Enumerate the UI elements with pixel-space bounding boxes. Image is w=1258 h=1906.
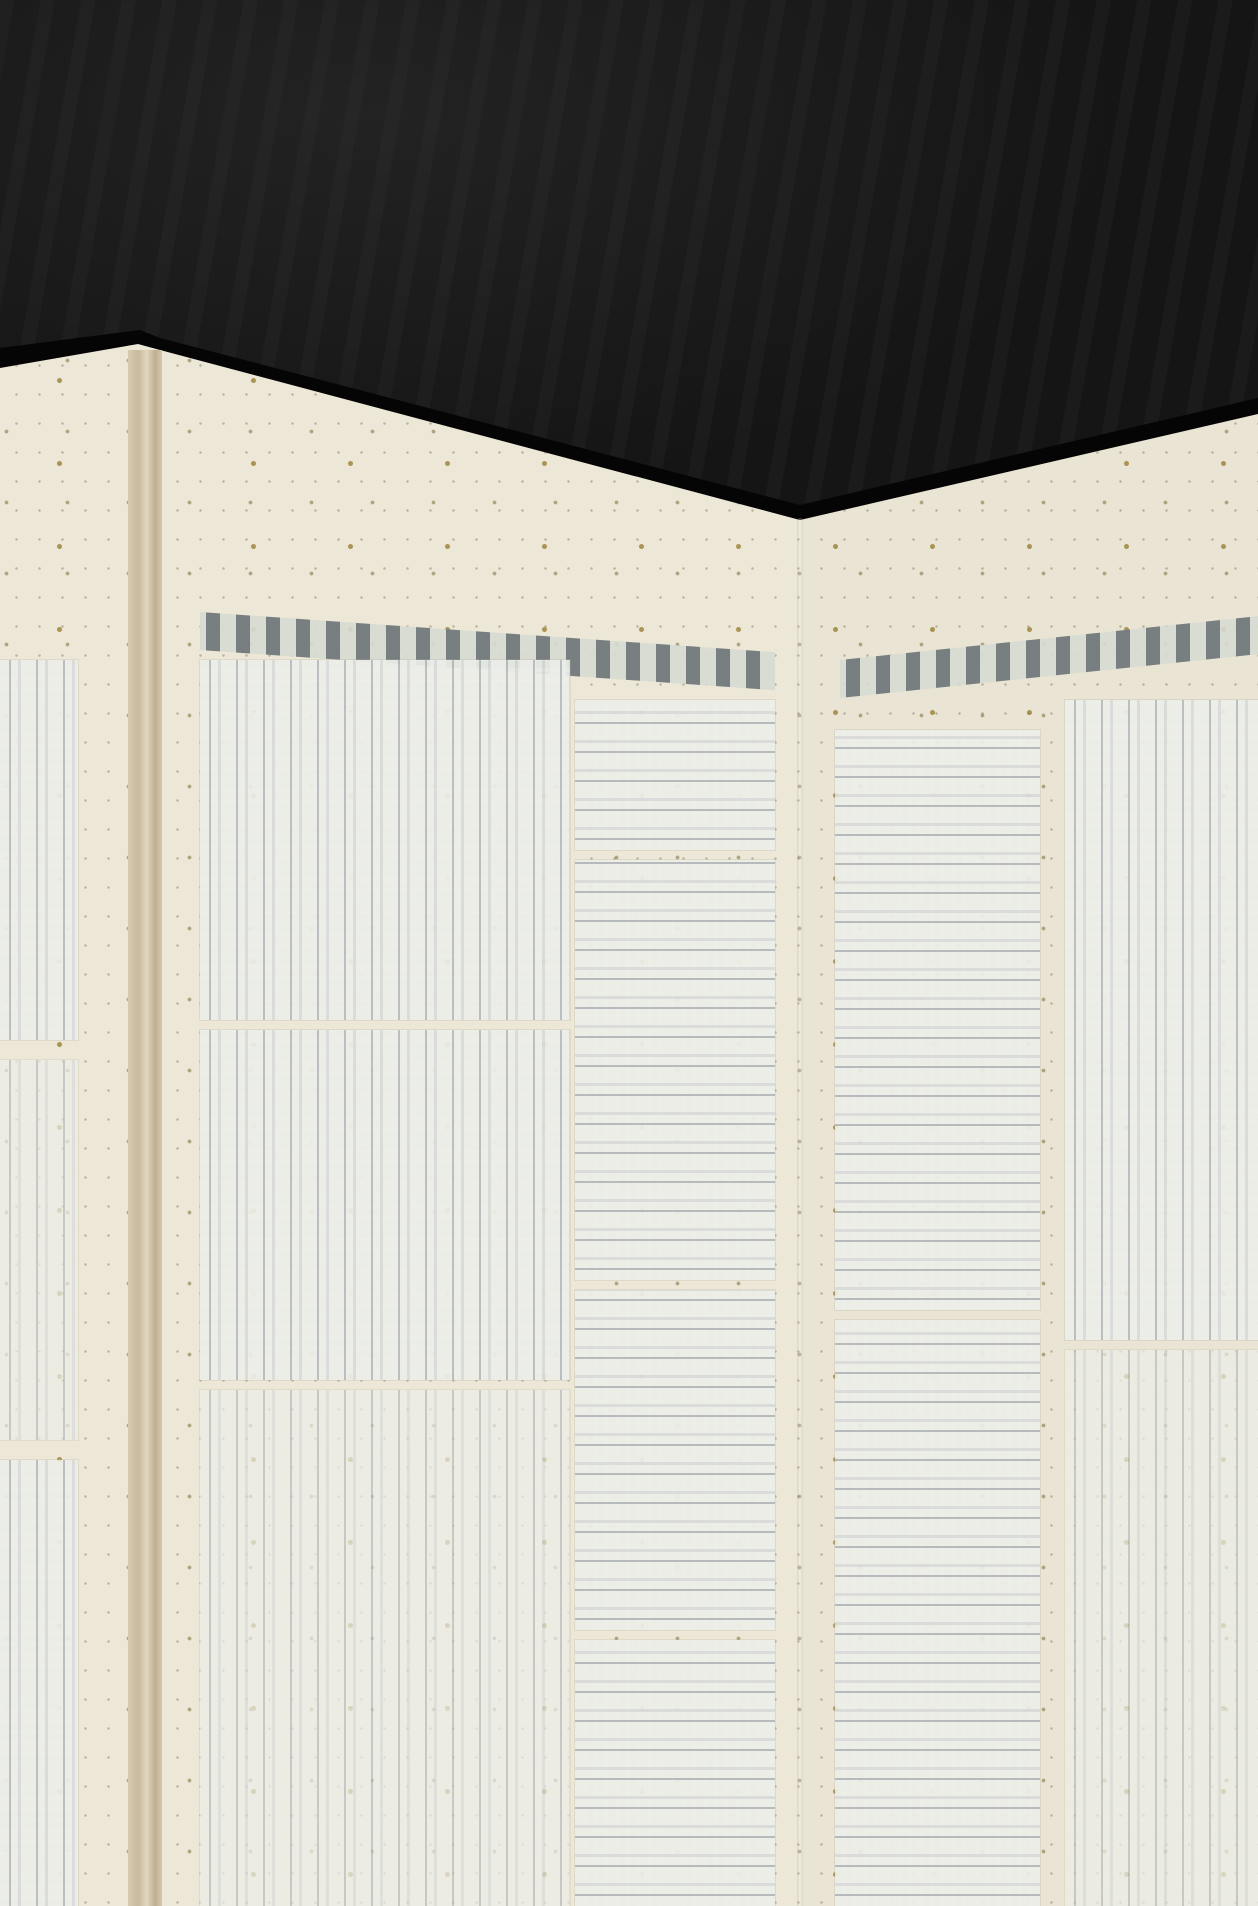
letter-sheet [200,1390,570,1906]
letter-sheet [0,1460,78,1906]
screen-hinge [128,350,162,1906]
letter-sheet [835,730,1040,1310]
letter-sheet [835,1320,1040,1906]
letter-sheet [0,1060,78,1440]
letter-sheet [200,1030,570,1380]
letter-sheet [575,860,775,1280]
letter-sheet [200,660,570,1020]
letter-sheet [575,1640,775,1906]
letter-sheet [1065,1350,1258,1906]
letter-sheet [0,660,78,1040]
screen-fold [797,518,803,1906]
letter-sheet [575,1290,775,1630]
letter-sheet [575,700,775,850]
letter-sheet [1065,700,1258,1340]
